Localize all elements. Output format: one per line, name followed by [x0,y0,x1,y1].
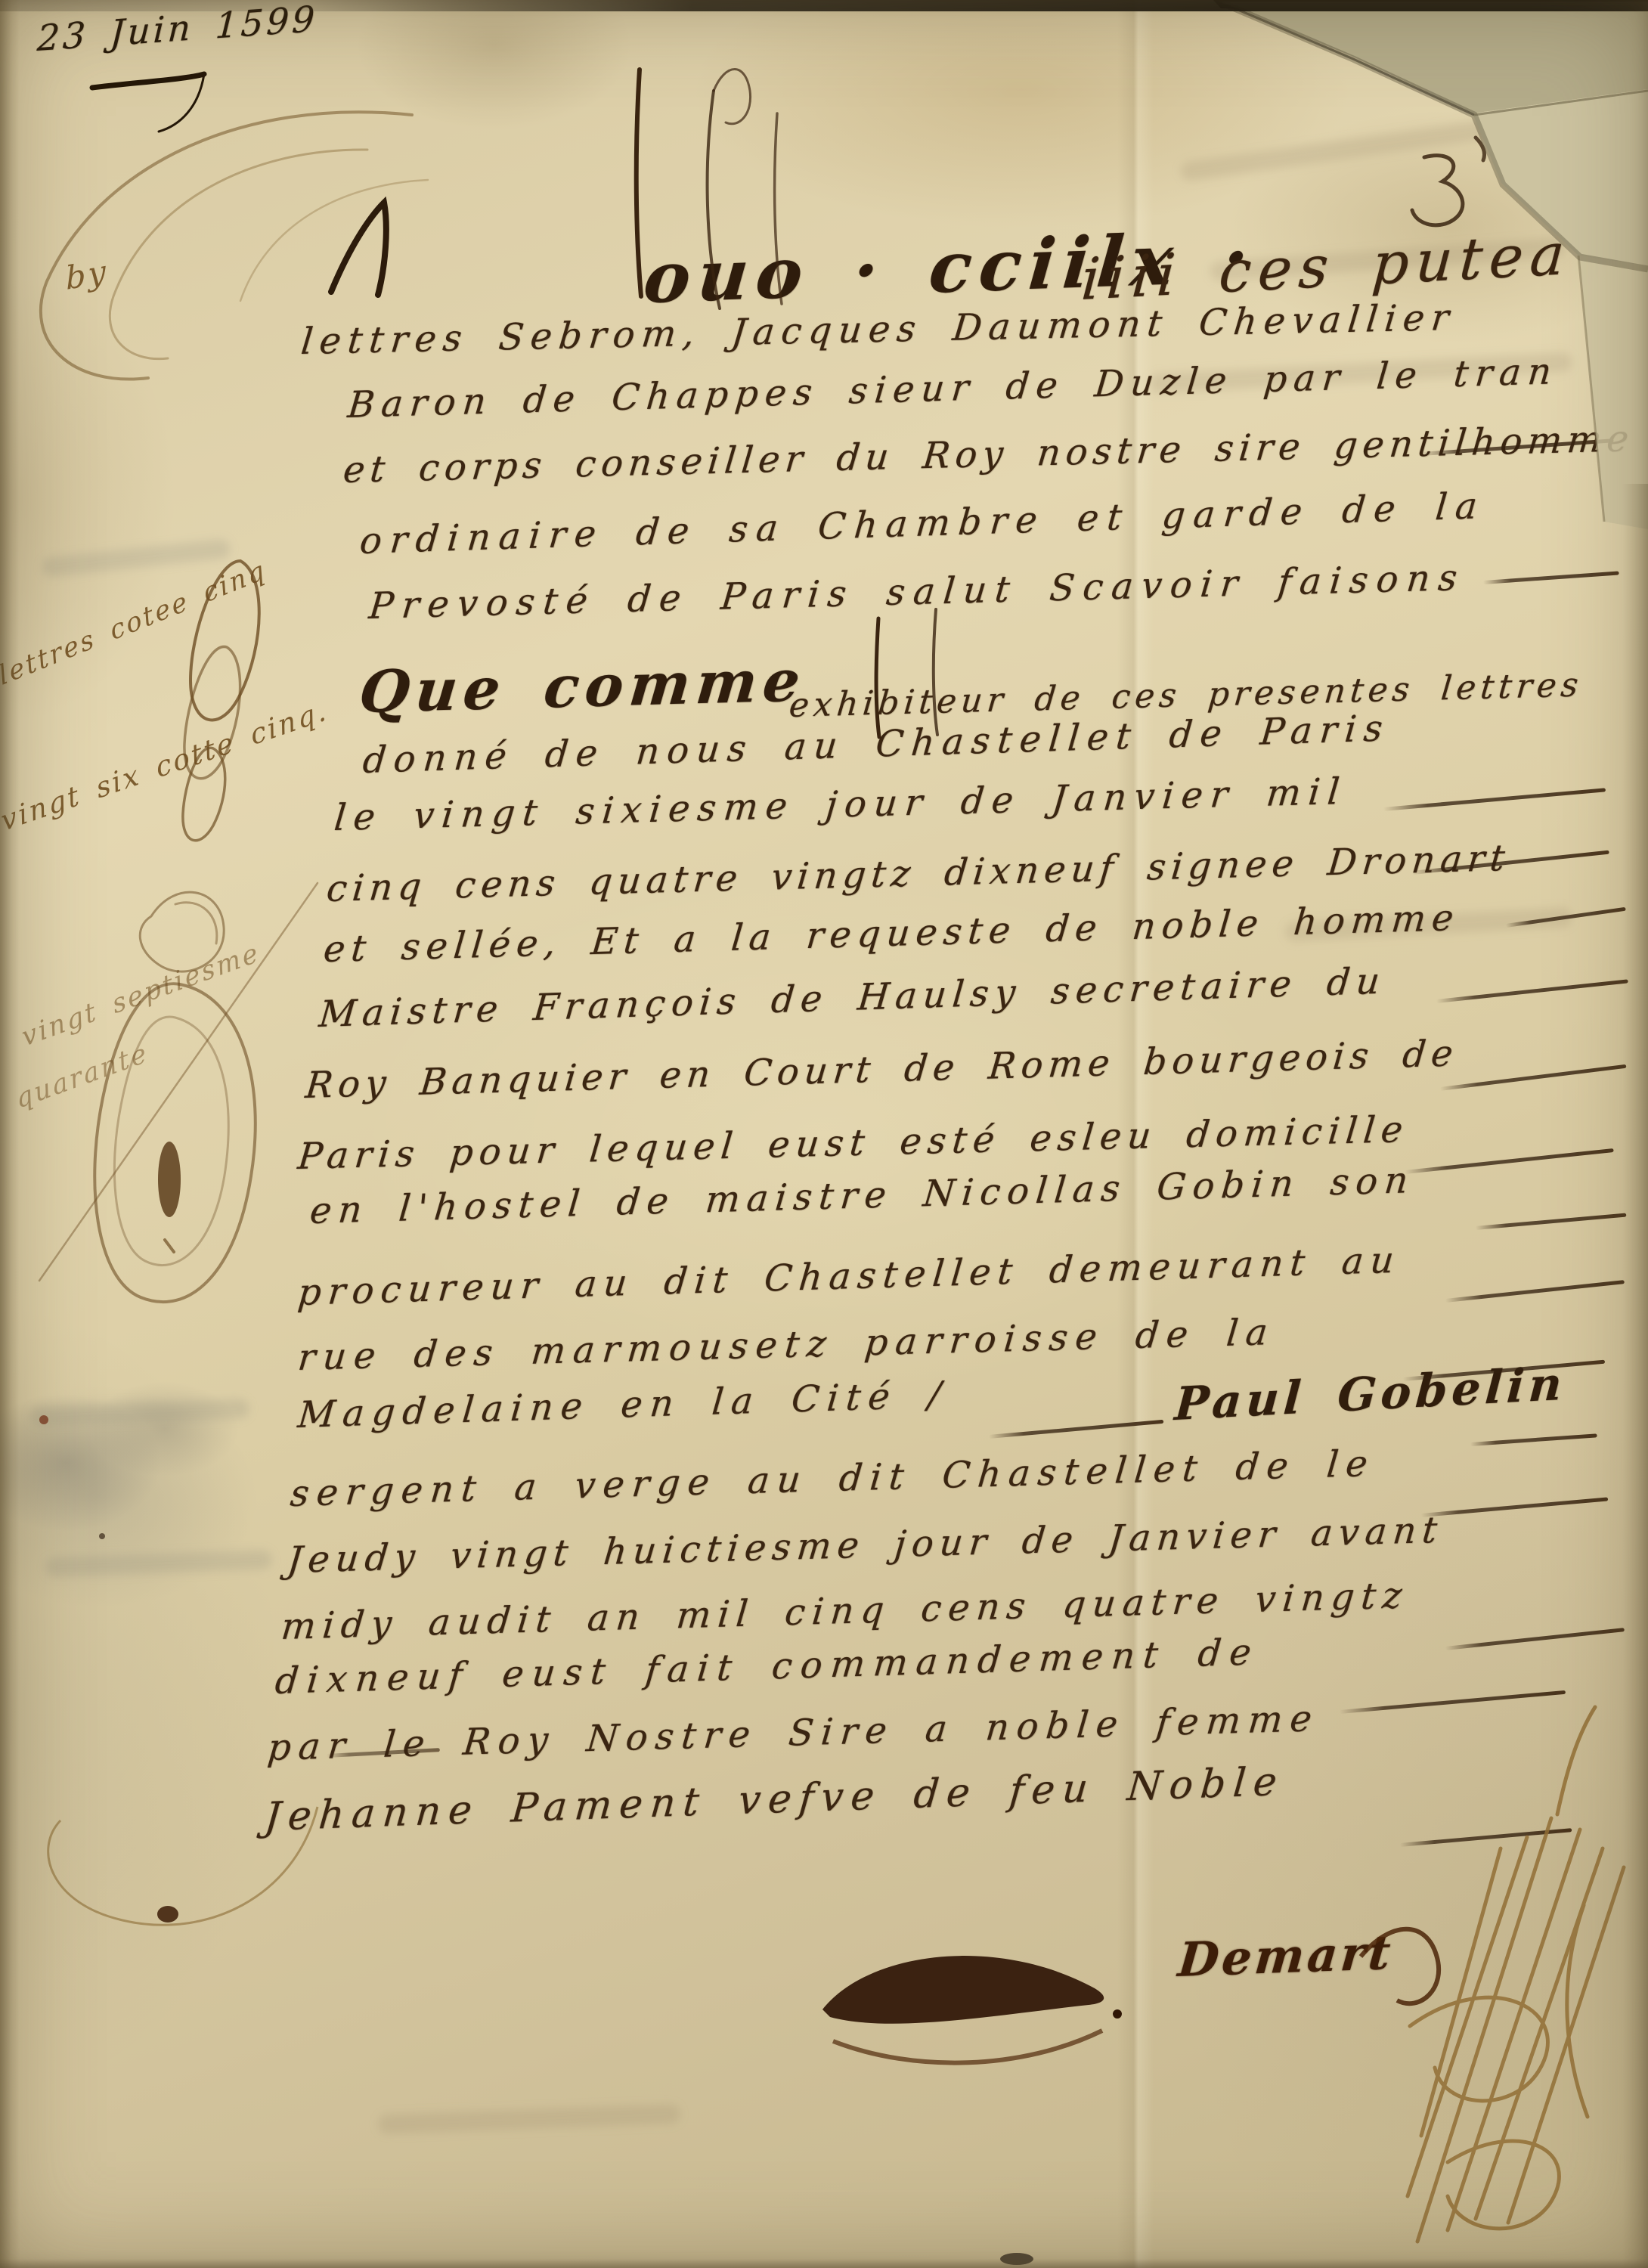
margin-note: vingt six cotte cinq. [0,696,330,835]
bottom-edge-mark [1000,2253,1033,2265]
clerk-signature: Demart [1176,1929,1396,1984]
margin-note: vingt septiesme [20,940,262,1052]
bleedthrough-mark [41,538,231,578]
pen-stroke [1445,1628,1625,1650]
manuscript-line: Baron de Chappes sieur de Duzle par le t… [346,353,1560,423]
pen-stroke [1483,571,1619,584]
scan-bottom-edge [0,2259,1648,2268]
manuscript-line: et sellée, Et a la requeste de noble hom… [322,900,1461,968]
scan-left-edge [0,0,20,2268]
pen-stroke [1476,1213,1627,1230]
manuscript-line: et corps conseiller du Roy nostre sire g… [342,420,1635,488]
pen-stroke [1506,907,1626,928]
manuscript-line: Prevosté de Paris salut Scavoir faisons [367,559,1467,624]
margin-note: by [65,256,109,295]
margin-scribbles [39,561,318,1302]
pen-stroke [1383,788,1606,811]
pen-stroke [1470,1433,1597,1446]
pen-stroke [1421,1497,1608,1517]
manuscript-line-name: Paul Gobelin [1173,1362,1568,1427]
bleedthrough-mark [1179,117,1504,182]
manuscript-line: lettres Sebrom, Jacques Daumont Chevalli… [299,299,1457,360]
manuscript-line: par le Roy Nostre Sire a noble femme [266,1700,1321,1766]
manuscript-line: Jeudy vingt huictiesme jour de Janvier a… [286,1512,1445,1579]
manuscript-line: Maistre François de Haulsy secretaire du [318,963,1387,1033]
pen-stroke [1405,1148,1614,1174]
pen-stroke [1445,1280,1625,1303]
date-underline-flourish [92,74,204,132]
margin-note: quarante [14,1039,151,1114]
margin-note: lettres cotee cinq [0,557,269,690]
bleedthrough-mark [45,1550,273,1577]
pen-stroke [1400,1828,1572,1847]
manuscript-line: ordinaire de sa Chambre et garde de la [358,488,1487,559]
manuscript-line: sergent a verge au dit Chastellet de le [289,1445,1377,1512]
signature-paraph [1408,1707,1624,2242]
date-annotation: 23 Juin 1599 [36,2,318,57]
manuscript-line: le vingt sixiesme jour de Janvier mil [333,773,1349,836]
manuscript-line: cinq cens quatre vingtz dixneuf signee D… [325,840,1512,907]
manuscript-line: procureur au dit Chastellet demeurant au [296,1242,1402,1311]
ink-speck [39,1415,48,1424]
bleedthrough-mark [30,1399,250,1426]
pen-stroke [1340,1690,1566,1714]
manuscript-line: rue des marmousetz parroisse de la [296,1314,1277,1376]
ink-blob [157,1906,178,1923]
scan-right-edge [1622,484,1648,2268]
manuscript-line-emphasis: Que comme [357,652,809,721]
manuscript-page: 23 Juin 1599 ouo · cciilx · iiii ces put… [0,0,1648,2268]
manuscript-line: Jehanne Pament vefve de feu Noble [263,1762,1286,1837]
margin-ink-blob [158,1142,181,1217]
pen-stroke [989,1420,1164,1439]
bleedthrough-mark [378,2104,681,2134]
manuscript-line: Roy Banquier en Court de Rome bourgeois … [304,1035,1460,1104]
pen-stroke [1436,979,1628,1003]
manuscript-line: Magdelaine en la Cité / [296,1377,949,1433]
ink-speck [99,1533,105,1539]
pen-stroke [1440,1064,1627,1091]
